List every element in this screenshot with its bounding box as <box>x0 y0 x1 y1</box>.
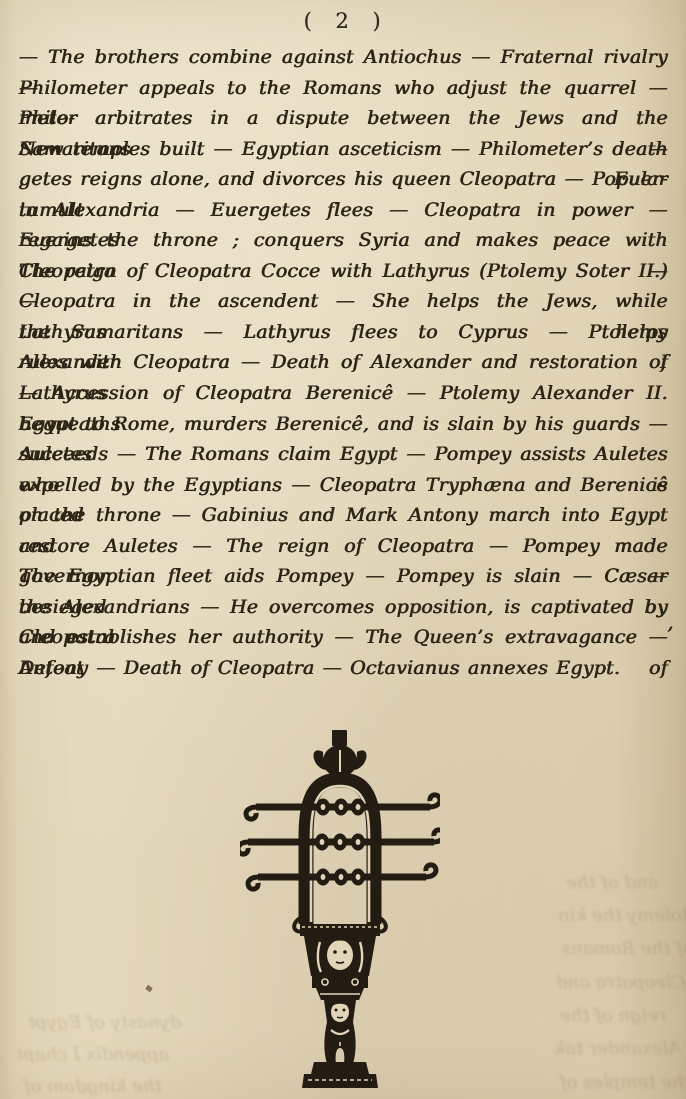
stray-comma-artifact: , <box>667 610 674 634</box>
body-line: getes reigns alone, and divorces his que… <box>19 164 668 195</box>
body-line: — Accession of Cleopatra Berenicê — Ptol… <box>19 378 668 409</box>
bleedthrough-text: the temples of <box>560 1072 686 1093</box>
body-line: The Egyptian fleet aids Pompey — Pompey … <box>19 561 668 592</box>
jingle-disc <box>316 799 365 816</box>
bleedthrough-text: Alexander tak <box>554 1038 681 1059</box>
body-line: in Alexandria — Euergetes flees — Cleopa… <box>19 195 668 226</box>
body-line: meter arbitrates in a dispute between th… <box>19 103 668 134</box>
body-line: expelled by the Egyptians — Cleopatra Tr… <box>19 470 668 501</box>
crown-band <box>316 988 364 1000</box>
body-line: succeeds — The Romans claim Egypt — Pomp… <box>19 439 668 470</box>
bleedthrough-text: appendix I chapt <box>16 1044 169 1065</box>
body-line: rules with Cleopatra — Death of Alexande… <box>19 347 668 378</box>
base-plinth <box>302 1062 378 1088</box>
body-line: Antony — Death of Cleopatra — Octavianus… <box>19 653 668 684</box>
ink-speck-artifact <box>145 985 153 993</box>
scroll-band <box>312 976 368 988</box>
bleedthrough-text: the kingdom of <box>24 1076 162 1097</box>
lotus-finial-icon <box>313 730 366 777</box>
bleedthrough-text: Ptolemy the kin <box>558 905 686 926</box>
body-line: Egypt to Rome, murders Berenicê, and is … <box>19 409 668 440</box>
jingle-disc <box>315 834 365 851</box>
bleedthrough-text: of the Romans <box>562 938 686 959</box>
body-line: and establishes her authority — The Quee… <box>19 622 668 653</box>
book-page: and of the Ptolemy the kin of the Romans… <box>0 0 686 1099</box>
handle-figure-body <box>324 1022 355 1064</box>
bleedthrough-text: dynasty of Egypt <box>28 1012 181 1033</box>
sistrum-illustration <box>240 728 440 1093</box>
jingle-discs <box>315 799 365 886</box>
body-line: on the throne — Gabinius and Mark Antony… <box>19 500 668 531</box>
abacus-bar <box>300 924 380 936</box>
body-line: — The brothers combine against Antiochus… <box>19 42 668 73</box>
bleedthrough-text: reign of the <box>560 1005 667 1026</box>
handle-figure-head <box>324 1000 356 1022</box>
chapter-summary: — The brothers combine against Antiochus… <box>19 42 668 683</box>
hathor-head <box>304 936 376 976</box>
body-line: the Alexandrians — He overcomes oppositi… <box>19 592 668 623</box>
body-line: regains the throne ; conquers Syria and … <box>19 225 668 256</box>
bleedthrough-text: and of the <box>566 872 658 893</box>
page-number: ( 2 ) <box>0 9 686 33</box>
body-line: Cleopatra in the ascendent — She helps t… <box>19 286 668 317</box>
body-line: The reign of Cleopatra Cocce with Lathyr… <box>19 256 668 287</box>
bleedthrough-text: Cleopatra and <box>556 972 685 993</box>
body-line: restore Auletes — The reign of Cleopatra… <box>19 531 668 562</box>
body-line: the Samaritans — Lathyrus flees to Cypru… <box>19 317 668 348</box>
body-line: New temples built — Egyptian asceticism … <box>19 134 668 165</box>
body-line: Philometer appeals to the Romans who adj… <box>19 73 668 104</box>
jingle-disc <box>316 869 365 886</box>
